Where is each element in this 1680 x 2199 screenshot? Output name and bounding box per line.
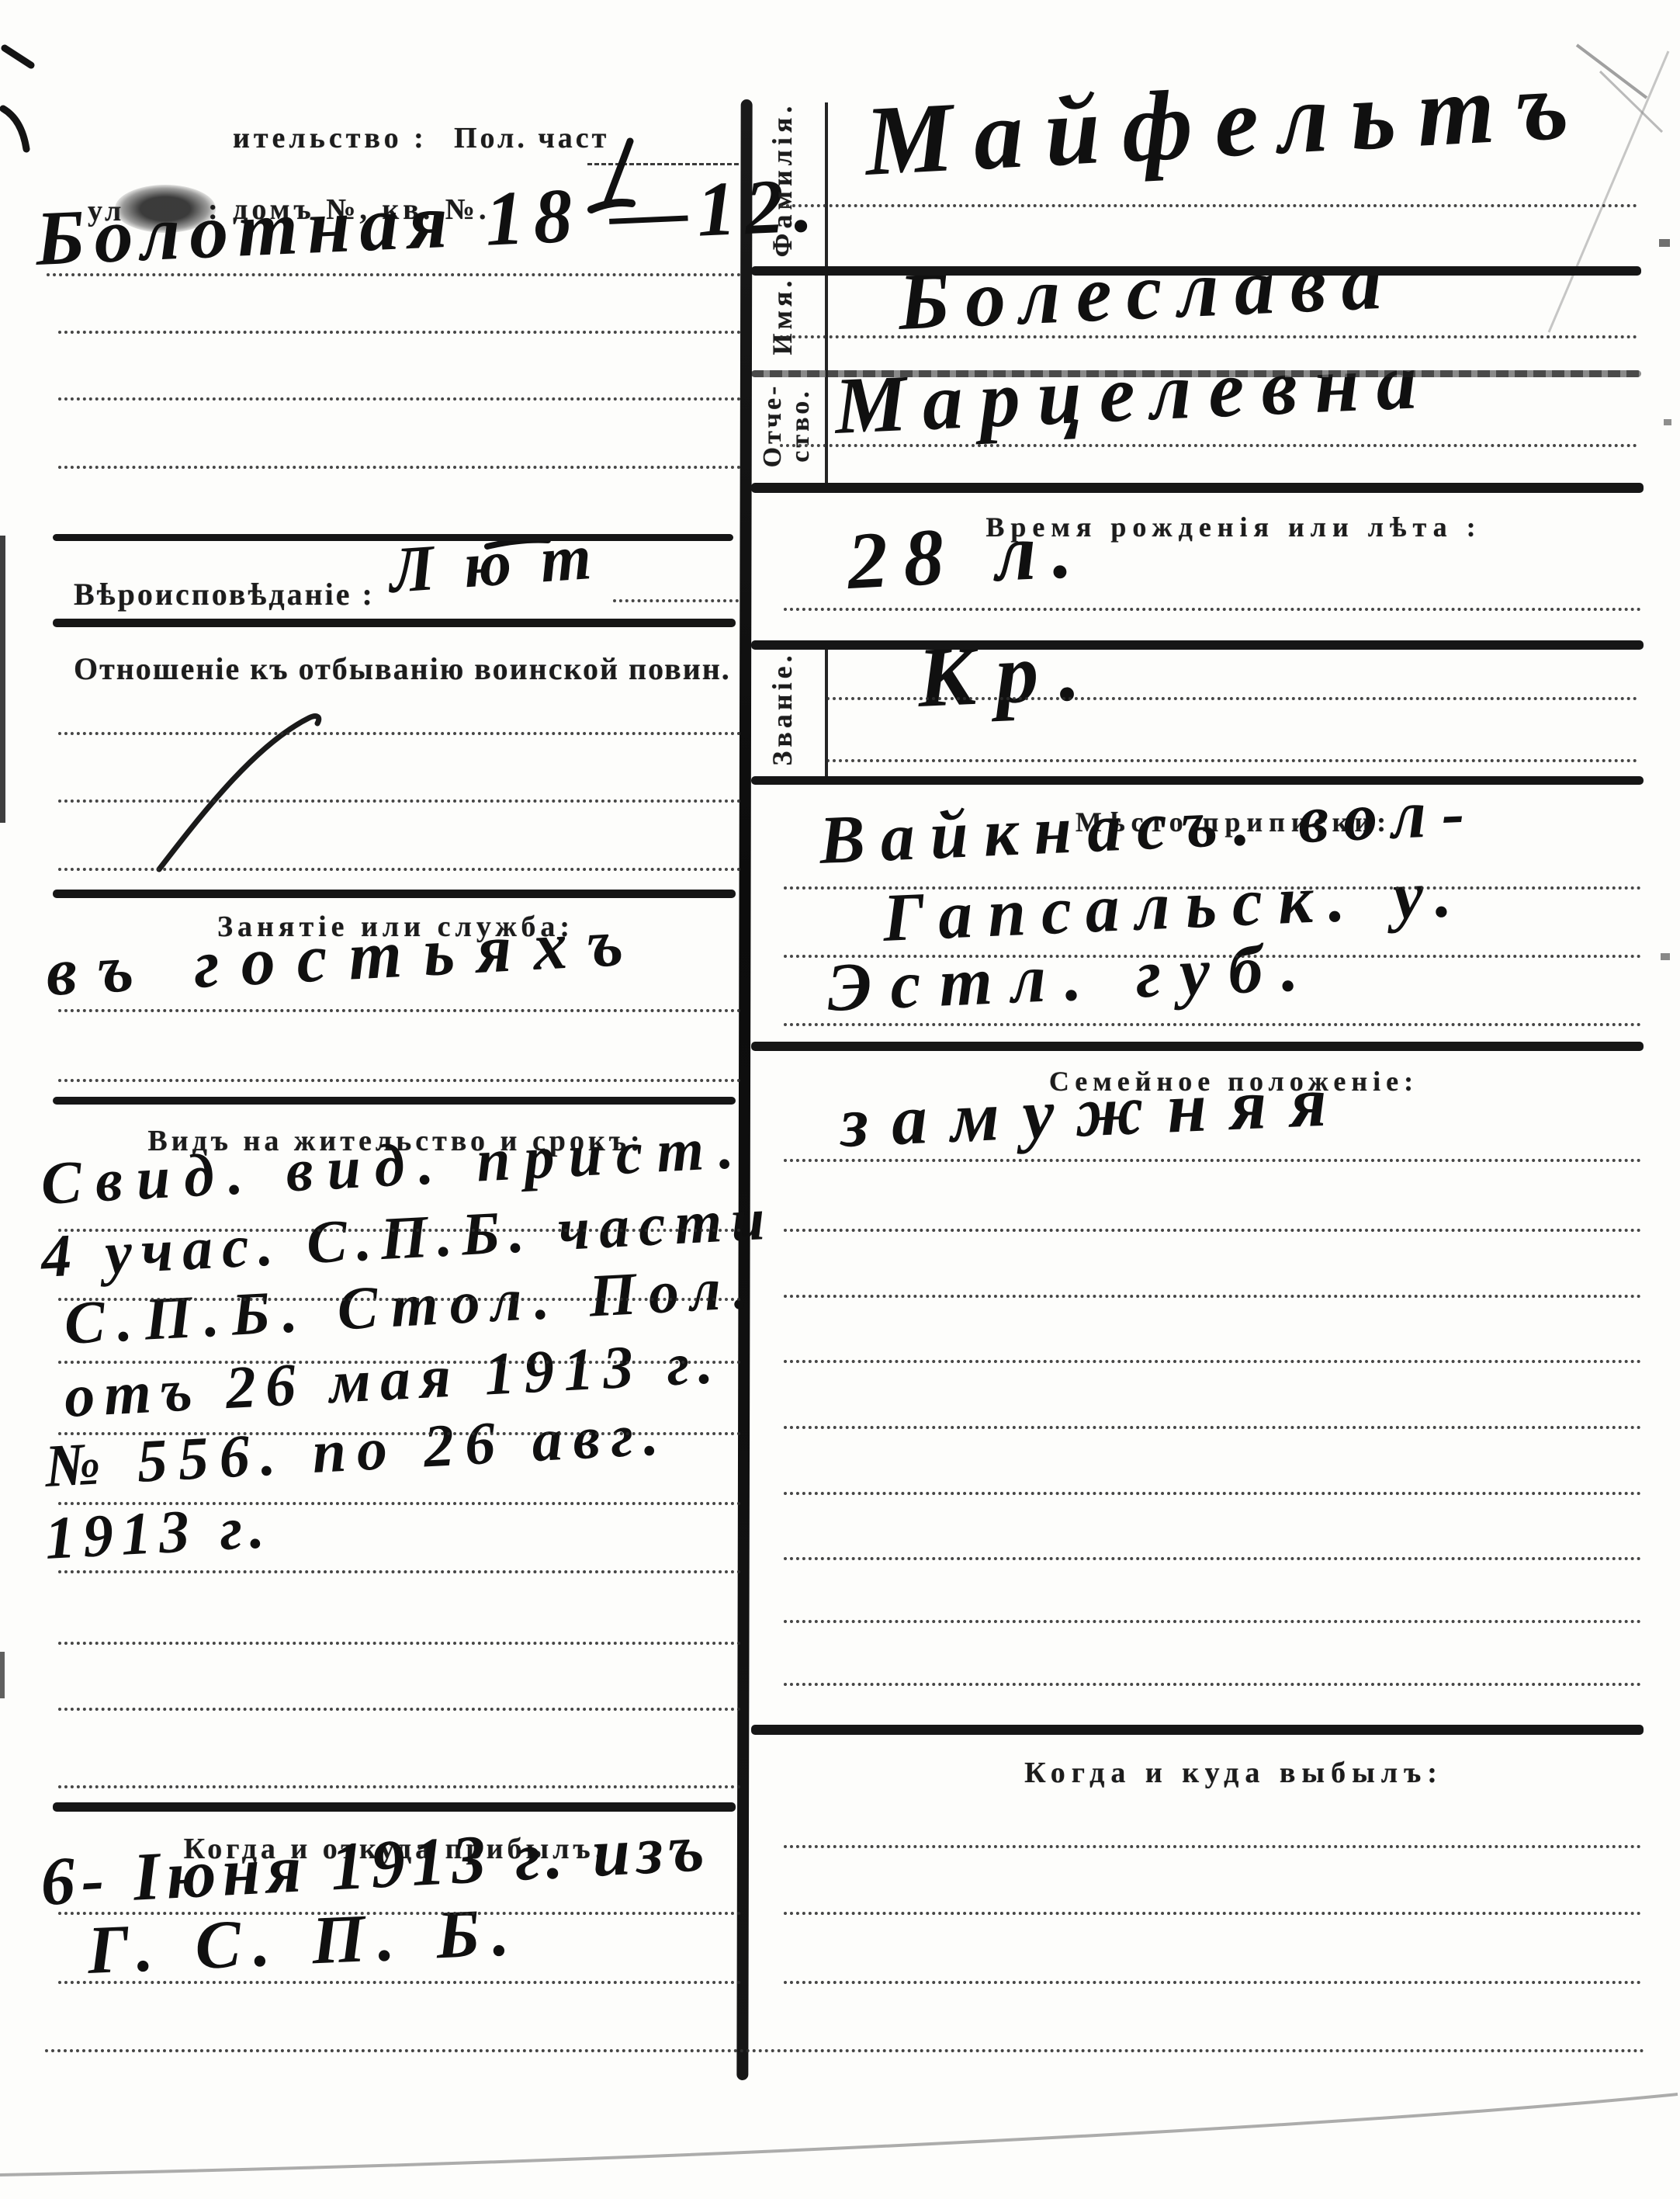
dotted-line bbox=[58, 466, 741, 469]
dotted-line bbox=[58, 1570, 741, 1573]
dotted-line bbox=[58, 1229, 741, 1232]
section-rule bbox=[53, 619, 736, 627]
dotted-line bbox=[58, 397, 741, 401]
dotted-line bbox=[58, 799, 741, 803]
given-name-handwriting: Болеслава bbox=[896, 241, 1398, 343]
dotted-line bbox=[58, 1079, 741, 1082]
dotted-line bbox=[784, 955, 1641, 958]
residence-label-fragment: ительство : bbox=[233, 121, 428, 155]
religion-label: Вѣроисповѣданіе : bbox=[74, 576, 375, 612]
dotted-line bbox=[58, 868, 741, 871]
label-strip-line-zvanie bbox=[825, 643, 828, 776]
dotted-line bbox=[784, 1492, 1641, 1495]
patronymic-label-line1: Отче- bbox=[758, 383, 787, 468]
given-name-vertical-label: Имя. bbox=[768, 273, 798, 359]
section-rule bbox=[751, 1725, 1644, 1735]
dotted-line bbox=[58, 1642, 741, 1645]
dotted-line bbox=[784, 1159, 1641, 1162]
section-rule bbox=[53, 890, 736, 898]
dotted-line bbox=[58, 1361, 741, 1364]
dotted-line bbox=[784, 1981, 1641, 1984]
dotted-line bbox=[58, 1981, 741, 1984]
dotted-line bbox=[780, 444, 1637, 447]
departure-label: Когда и куда выбылъ: bbox=[826, 1756, 1641, 1790]
surname-handwriting: Майфельтъ bbox=[862, 54, 1592, 191]
dotted-line bbox=[780, 335, 1637, 338]
section-rule bbox=[751, 483, 1644, 493]
police-part-label: Пол. част bbox=[454, 121, 609, 155]
dotted-line bbox=[613, 599, 739, 602]
dotted-line bbox=[47, 273, 741, 276]
section-rule bbox=[53, 1802, 736, 1812]
dotted-line bbox=[780, 204, 1637, 207]
section-rule bbox=[751, 1042, 1644, 1051]
dotted-line bbox=[45, 2049, 1645, 2052]
military-duty-label: Отношеніе къ отбыванію воинской повин. bbox=[74, 650, 731, 687]
dotted-line bbox=[784, 1912, 1641, 1915]
dotted-line bbox=[784, 1557, 1641, 1560]
column-divider bbox=[736, 99, 752, 2080]
section-rule bbox=[53, 1097, 736, 1105]
section-rule bbox=[751, 640, 1644, 650]
birth-handwriting: 28 л. bbox=[846, 509, 1089, 602]
dotted-line bbox=[784, 1845, 1641, 1848]
section-rule bbox=[751, 776, 1644, 785]
registration-card-scan: ительство : Пол. част ул : домъ №, кв. №… bbox=[0, 0, 1680, 2199]
section-rule bbox=[751, 370, 1641, 377]
dotted-line bbox=[58, 1298, 741, 1301]
rank-vertical-label: Званіе. bbox=[768, 650, 798, 767]
dotted-line bbox=[826, 759, 1637, 762]
dotted-line bbox=[784, 1295, 1641, 1298]
surname-vertical-label: Фамилія. bbox=[768, 101, 798, 258]
section-rule bbox=[53, 534, 733, 541]
patronymic-handwriting: Марцелевна bbox=[833, 340, 1435, 447]
address-handwriting: Болотная 18 —12. bbox=[34, 166, 824, 278]
dotted-line bbox=[784, 1229, 1641, 1232]
dotted-line bbox=[784, 886, 1641, 890]
dotted-line bbox=[58, 1912, 741, 1915]
dotted-line bbox=[58, 1432, 741, 1435]
dotted-line bbox=[58, 331, 741, 334]
label-strip-line-top bbox=[825, 102, 828, 484]
permit-handwriting-line: 1913 г. bbox=[43, 1497, 273, 1569]
dotted-line bbox=[58, 1708, 741, 1711]
dotted-line bbox=[784, 1620, 1641, 1623]
patronymic-vertical-label: Отче- ство. bbox=[759, 376, 814, 475]
dotted-line bbox=[784, 1426, 1641, 1429]
patronymic-label-line2: ство. bbox=[786, 388, 815, 462]
dotted-line bbox=[784, 608, 1641, 611]
dotted-line bbox=[784, 1023, 1641, 1026]
dotted-line bbox=[784, 1360, 1641, 1363]
dotted-line bbox=[58, 1785, 741, 1788]
dotted-line bbox=[58, 1009, 741, 1012]
section-rule bbox=[751, 266, 1641, 276]
dotted-line bbox=[826, 697, 1637, 700]
dotted-line bbox=[58, 732, 741, 735]
dotted-line bbox=[784, 1683, 1641, 1686]
dotted-line bbox=[58, 1502, 741, 1505]
police-part-blank-line bbox=[587, 163, 739, 165]
